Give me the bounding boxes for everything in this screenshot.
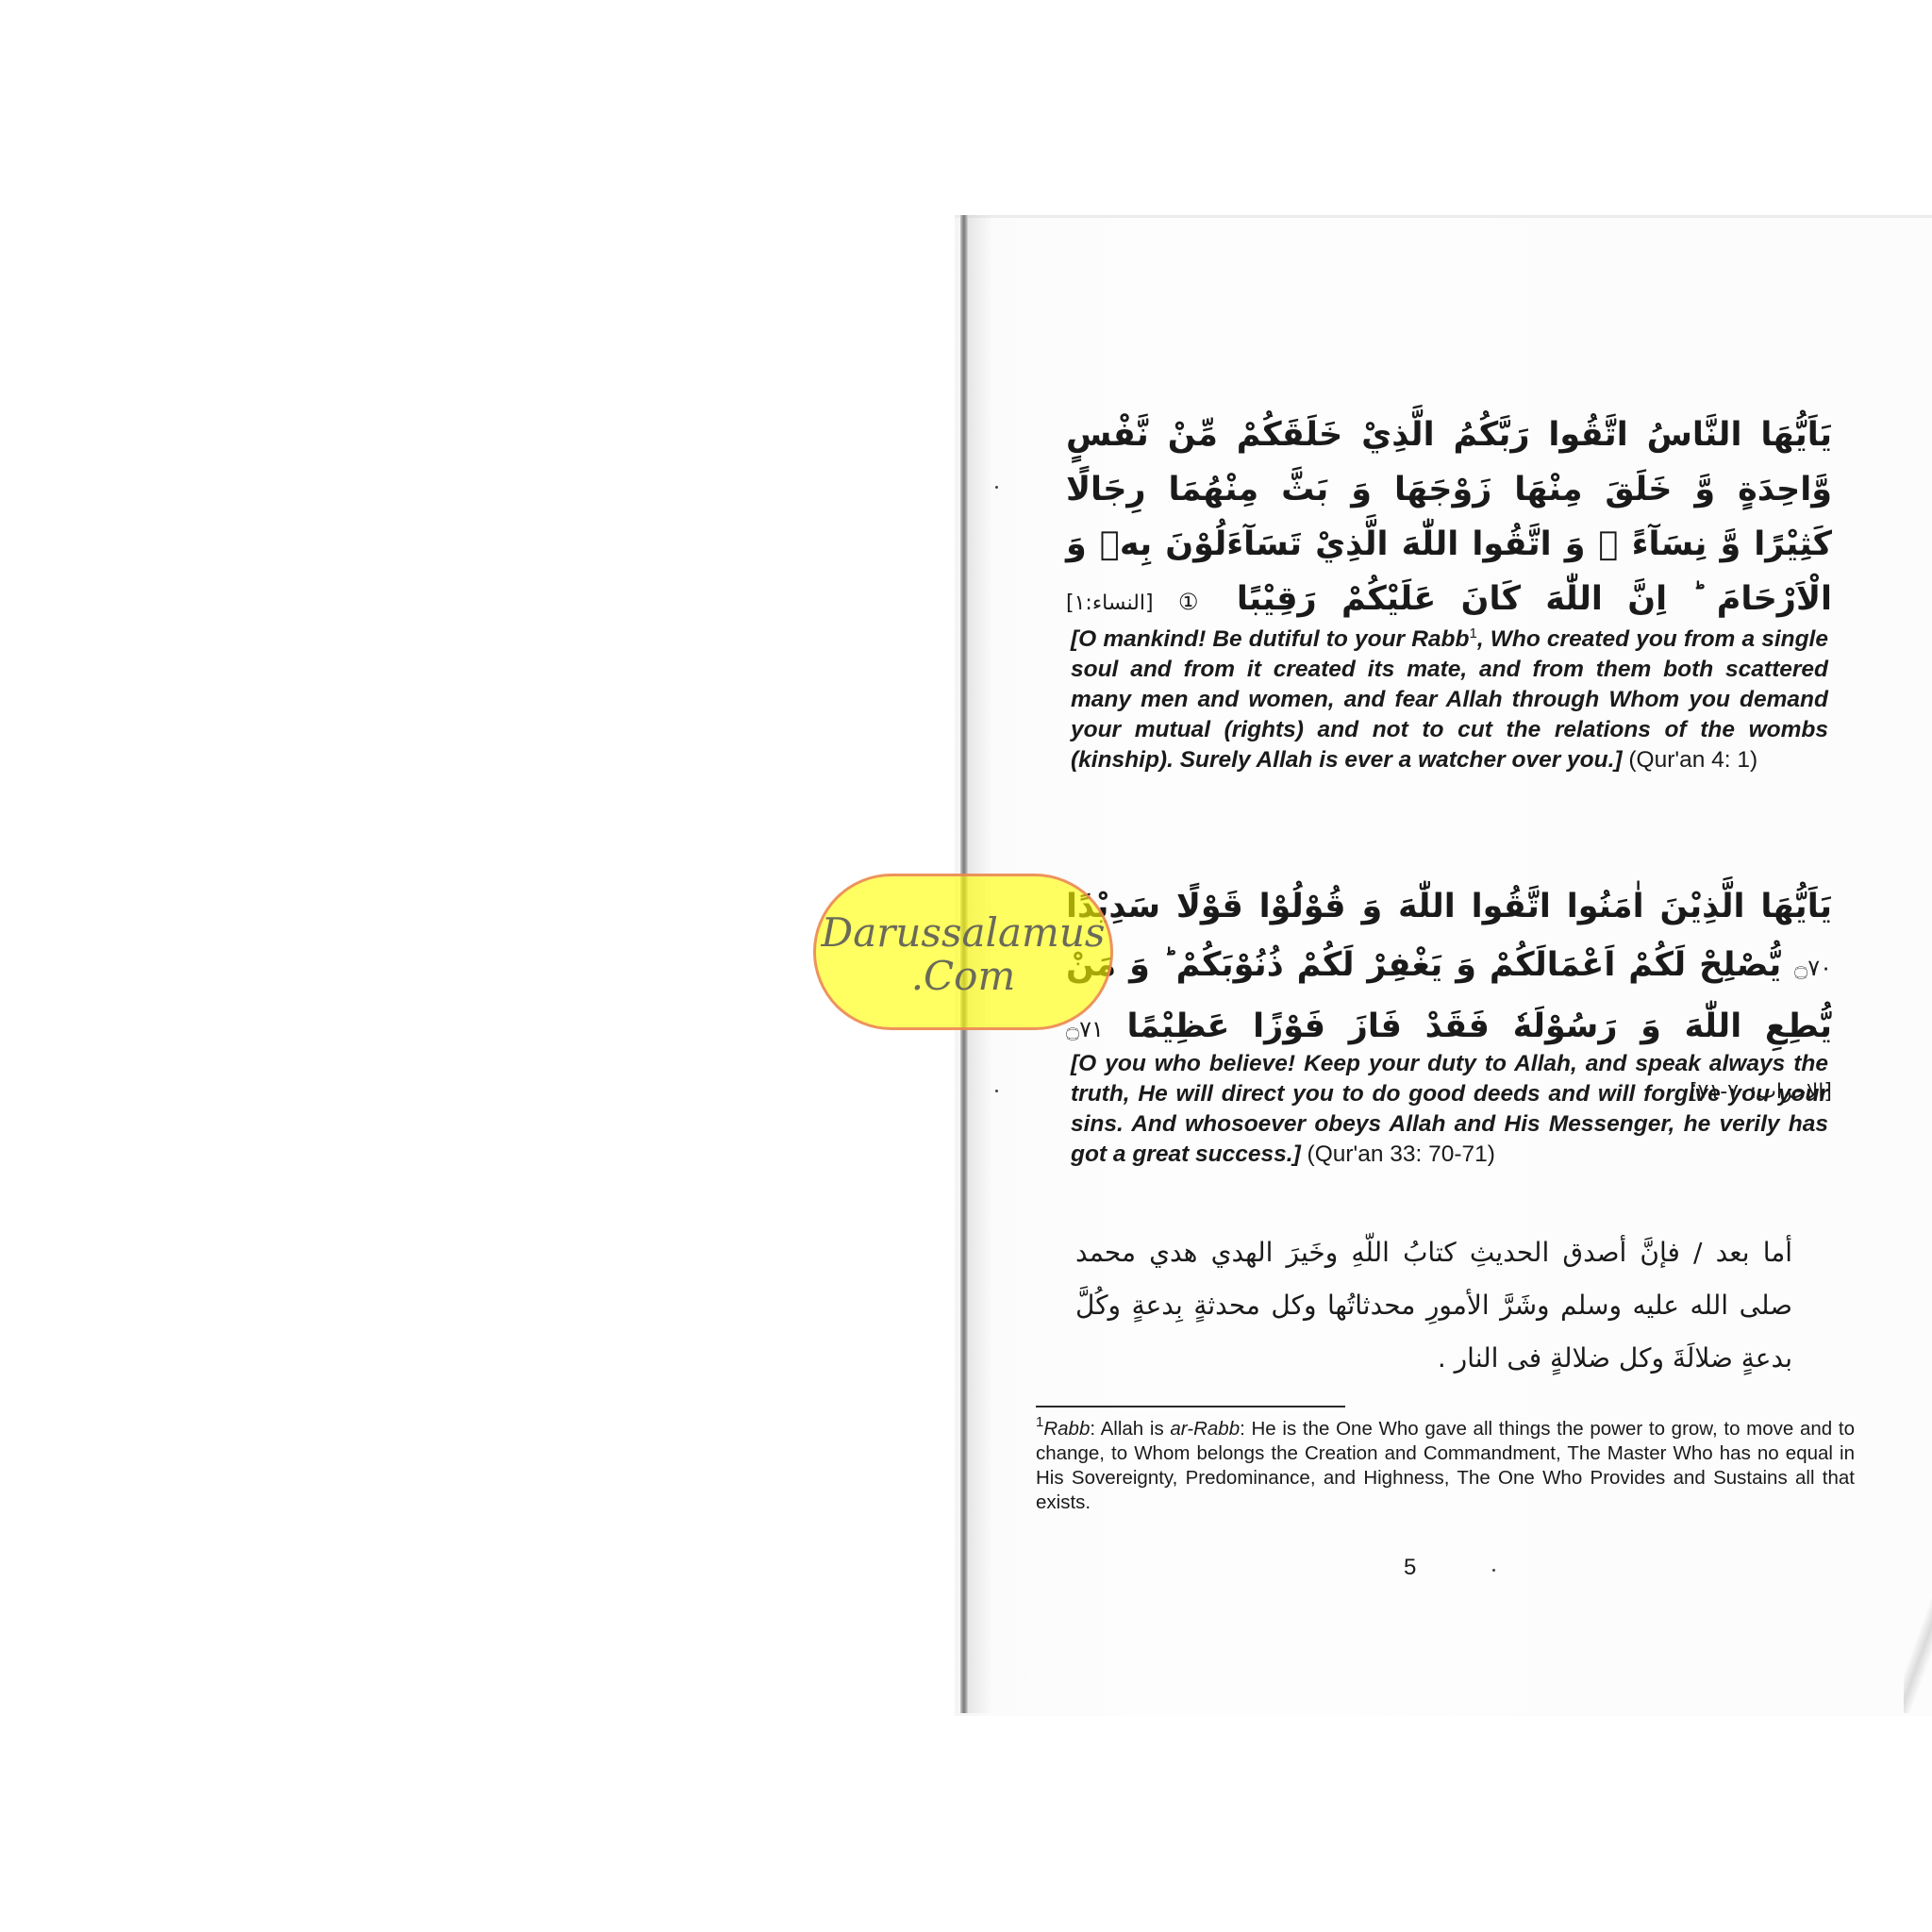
verse-citation: (Qur'an 4: 1) <box>1623 747 1758 773</box>
scan-speck <box>995 1090 998 1092</box>
quran-verse-text: يَاَيُّهَا الَّذِيْنَ اٰمَنُوا اتَّقُوا … <box>1066 888 1832 925</box>
footnote-separator <box>1036 1406 1345 1407</box>
page-number: 5 <box>1404 1555 1416 1581</box>
watermark-text: Darussalamus <box>816 912 1110 954</box>
khutbat-al-hajah-arabic: أما بعد / فإنَّ أصدق الحديثِ كتابُ اللّه… <box>1075 1226 1792 1385</box>
verse-citation: (Qur'an 33: 70-71) <box>1301 1141 1495 1167</box>
surah-reference: [النساء:١] <box>1066 591 1154 615</box>
watermark-badge: Darussalamus .Com <box>813 874 1113 1030</box>
translation-1: [O mankind! Be dutiful to your Rabb1, Wh… <box>1071 625 1828 775</box>
footnote-term: ar-Rabb <box>1170 1418 1240 1440</box>
ayah-number-marker: ① <box>1178 589 1212 615</box>
translation-2: [O you who believe! Keep your duty to Al… <box>1071 1049 1828 1170</box>
translation-text: [O mankind! Be dutiful to your Rabb <box>1071 626 1469 652</box>
footnote: 1Rabb: Allah is ar-Rabb: He is the One W… <box>1036 1417 1855 1515</box>
quran-passage-1-arabic: يَاَيُّهَا النَّاسُ اتَّقُوا رَبَّكُمُ ا… <box>1066 408 1832 631</box>
quran-verse-text: يَاَيُّهَا النَّاسُ اتَّقُوا رَبَّكُمُ ا… <box>1066 416 1832 618</box>
page-corner-curl <box>1904 1594 1932 1713</box>
scan-canvas: يَاَيُّهَا النَّاسُ اتَّقُوا رَبَّكُمُ ا… <box>0 0 1932 1932</box>
ayah-number-marker: ۝٧٠ <box>1794 955 1832 981</box>
scan-speck <box>995 486 998 489</box>
footnote-ref-marker[interactable]: 1 <box>1469 625 1476 641</box>
footnote-text: : Allah is <box>1090 1418 1170 1440</box>
quran-verse-text: يُّصْلِحْ لَكُمْ اَعْمَالَكُمْ وَ يَغْفِ… <box>1066 946 1832 1045</box>
scan-speck <box>1492 1569 1495 1572</box>
watermark-text: .Com <box>816 956 1110 997</box>
footnote-term: Rabb <box>1043 1418 1090 1440</box>
